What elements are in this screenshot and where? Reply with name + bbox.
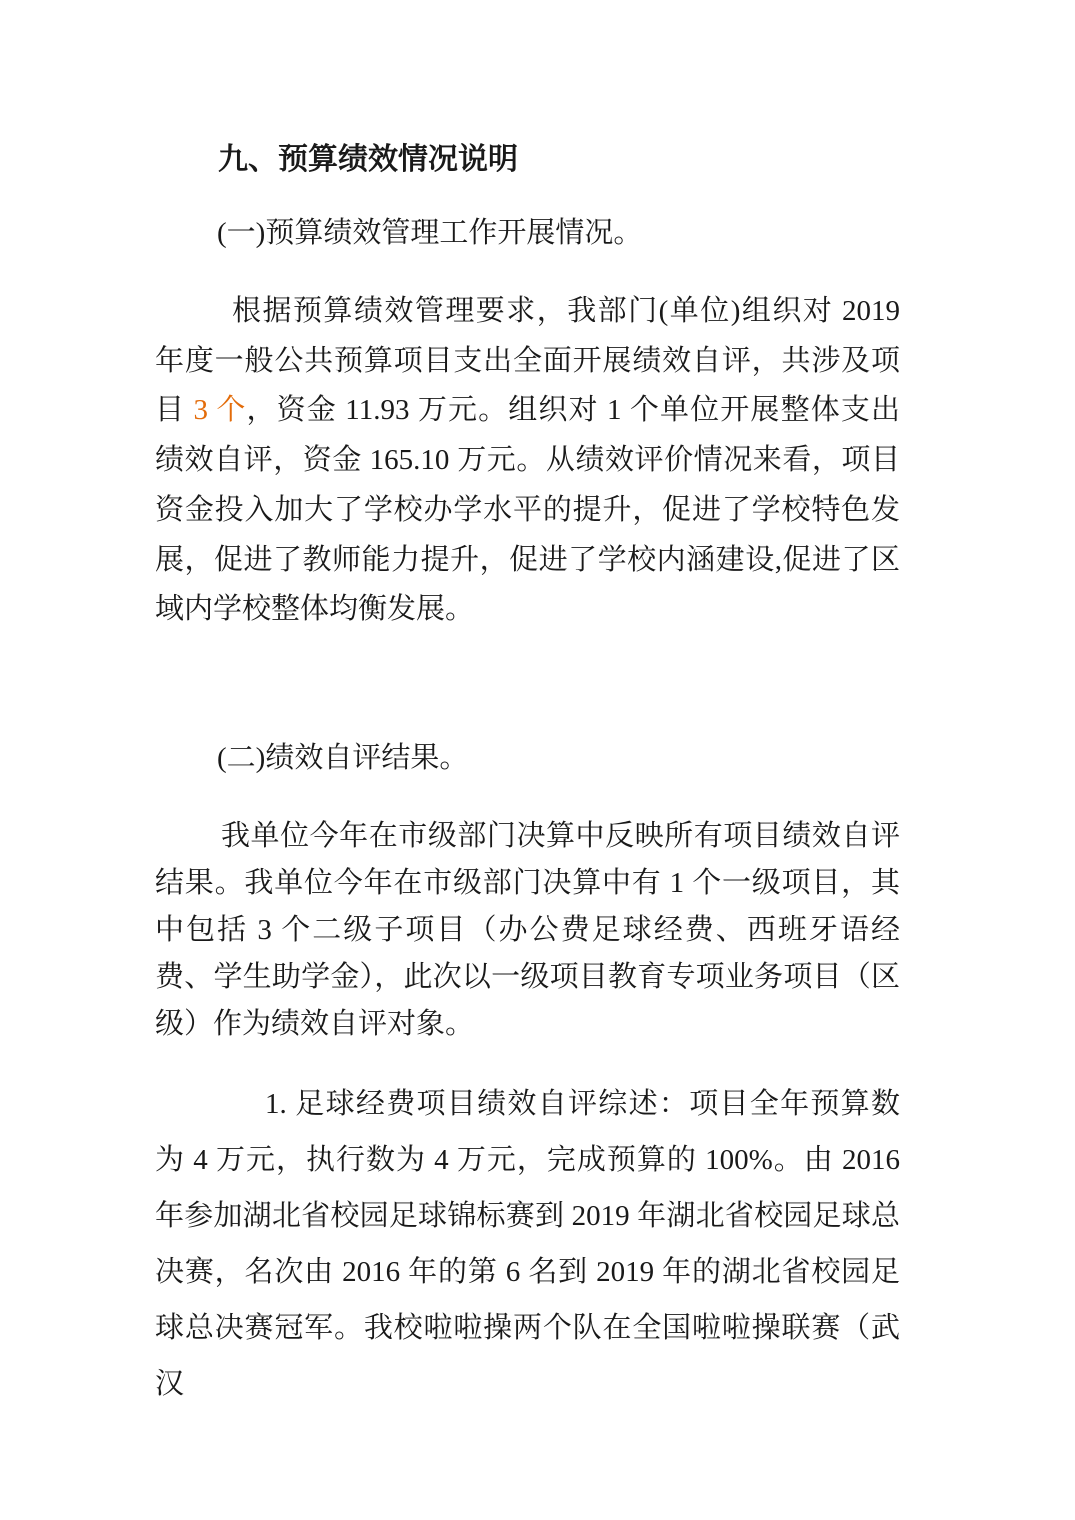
- text-run-after: ，资金 11.93 万元。组织对 1 个单位开展整体支出绩效自评，资金 165.…: [155, 394, 900, 625]
- paragraph-performance-management: 根据预算绩效管理要求，我部门(单位)组织对 2019 年度一般公共预算项目支出全…: [155, 287, 900, 635]
- paragraph-football-funds-summary: 1. 足球经费项目绩效自评综述：项目全年预算数为 4 万元，执行数为 4 万元，…: [155, 1076, 900, 1412]
- subsection-1-title: (一)预算绩效管理工作开展情况。: [155, 215, 900, 252]
- subsection-2-title: (二)绩效自评结果。: [155, 740, 900, 777]
- highlighted-project-count: 3 个: [194, 394, 247, 426]
- section-heading: 九、预算绩效情况说明: [155, 141, 900, 178]
- paragraph-self-evaluation-result: 我单位今年在市级部门决算中反映所有项目绩效自评结果。我单位今年在市级部门决算中有…: [155, 813, 900, 1048]
- document-page: 九、预算绩效情况说明 (一)预算绩效管理工作开展情况。 根据预算绩效管理要求，我…: [0, 0, 1075, 1520]
